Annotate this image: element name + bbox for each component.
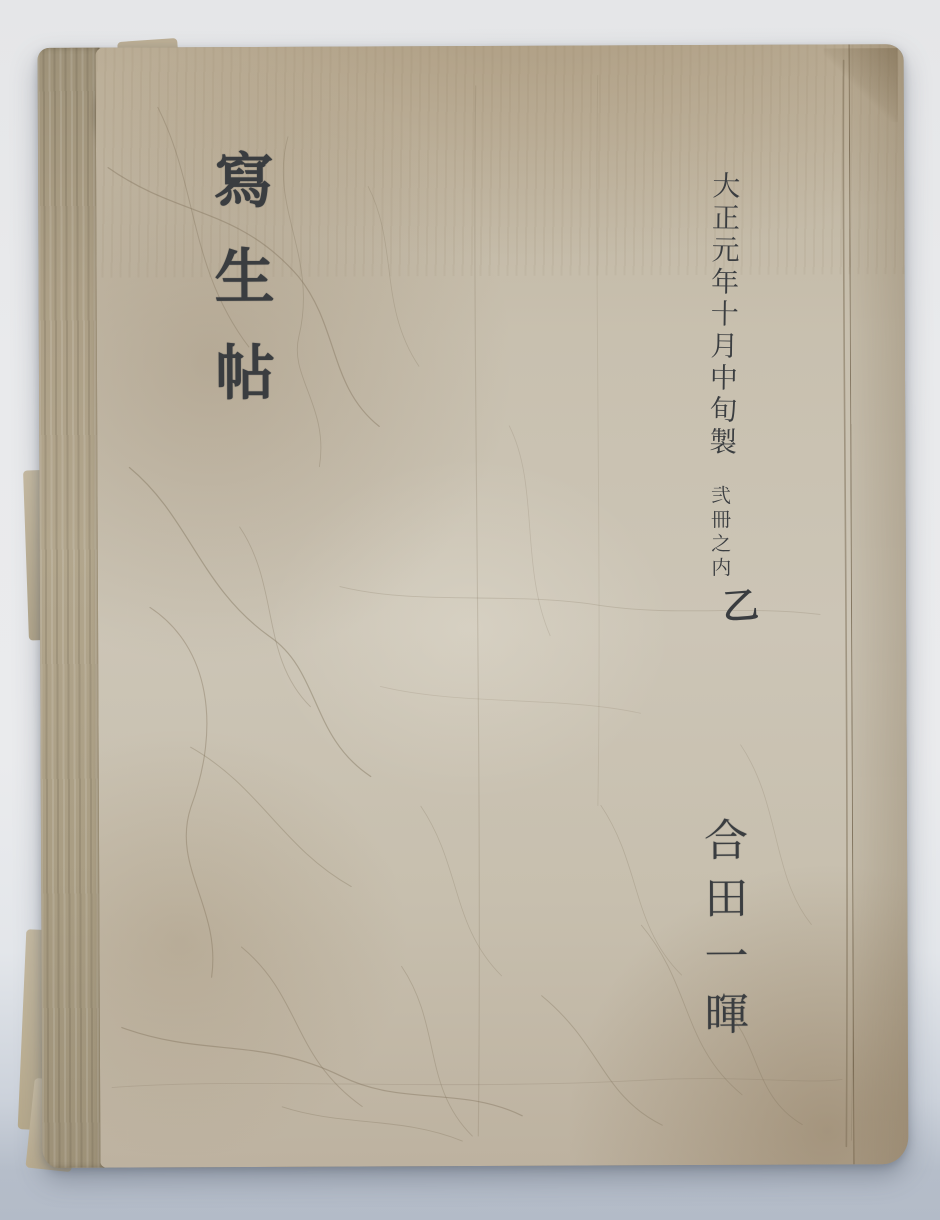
owner-name-signature: 合田一暉: [689, 817, 754, 1049]
volume-mark: 乙: [711, 585, 765, 625]
volume-inscription: 弐冊之内: [705, 485, 734, 581]
sketchbook-cover: 寫生帖 大正元年十月中旬製 弐冊之内 乙 合田一暉: [38, 44, 909, 1168]
crack-texture-overlay: [38, 44, 909, 1168]
date-inscription: 大正元年十月中旬製: [701, 171, 745, 459]
cover-title: 寫生帖: [196, 149, 283, 437]
photo-backdrop: 寫生帖 大正元年十月中旬製 弐冊之内 乙 合田一暉: [0, 0, 940, 1220]
